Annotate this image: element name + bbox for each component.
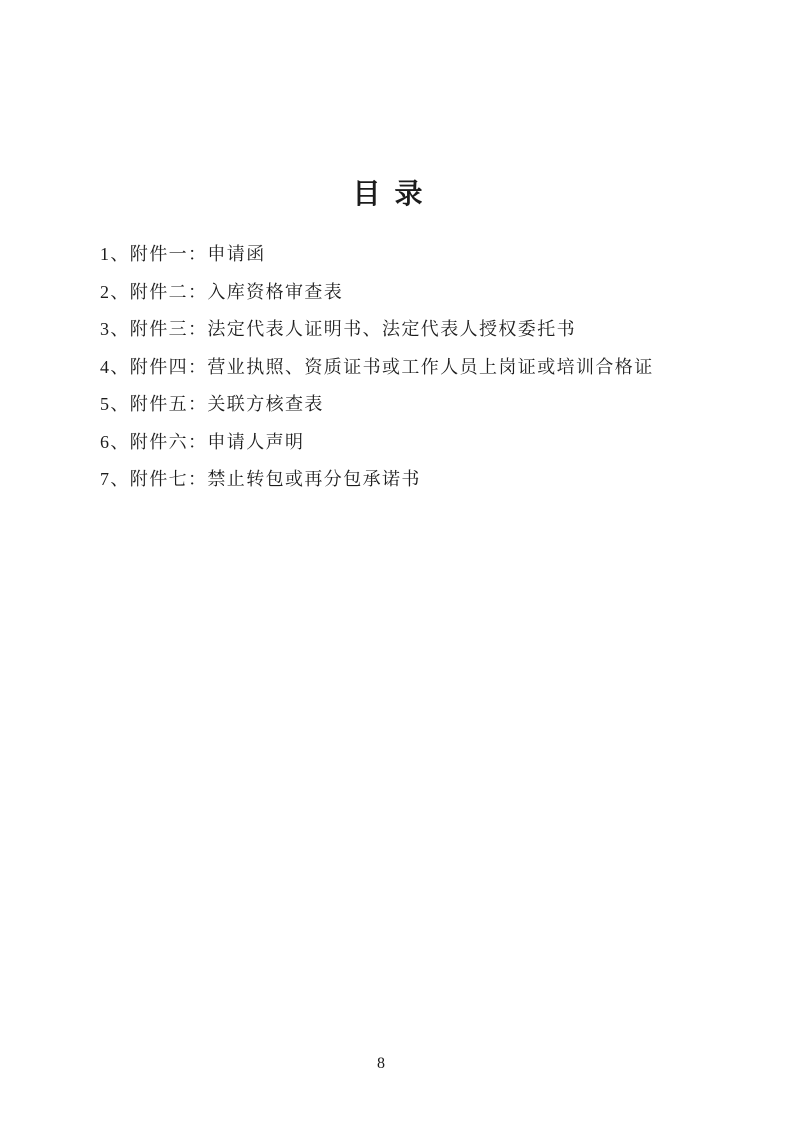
- toc-item-6: 6、附件六：申请人声明: [100, 433, 753, 451]
- document-page: 目 录 1、附件一：申请函 2、附件二：入库资格审查表 3、附件三：法定代表人证…: [0, 0, 793, 1122]
- toc-item-2: 2、附件二：入库资格审查表: [100, 283, 753, 301]
- toc-item-4: 4、附件四：营业执照、资质证书或工作人员上岗证或培训合格证: [100, 358, 753, 376]
- toc-item-7: 7、附件七：禁止转包或再分包承诺书: [100, 470, 753, 488]
- page-number: 8: [0, 1056, 793, 1072]
- toc-list: 1、附件一：申请函 2、附件二：入库资格审查表 3、附件三：法定代表人证明书、法…: [100, 245, 753, 508]
- toc-item-1: 1、附件一：申请函: [100, 245, 753, 263]
- toc-item-3: 3、附件三：法定代表人证明书、法定代表人授权委托书: [100, 320, 753, 338]
- toc-item-5: 5、附件五：关联方核查表: [100, 395, 753, 413]
- page-title: 目 录: [0, 180, 793, 210]
